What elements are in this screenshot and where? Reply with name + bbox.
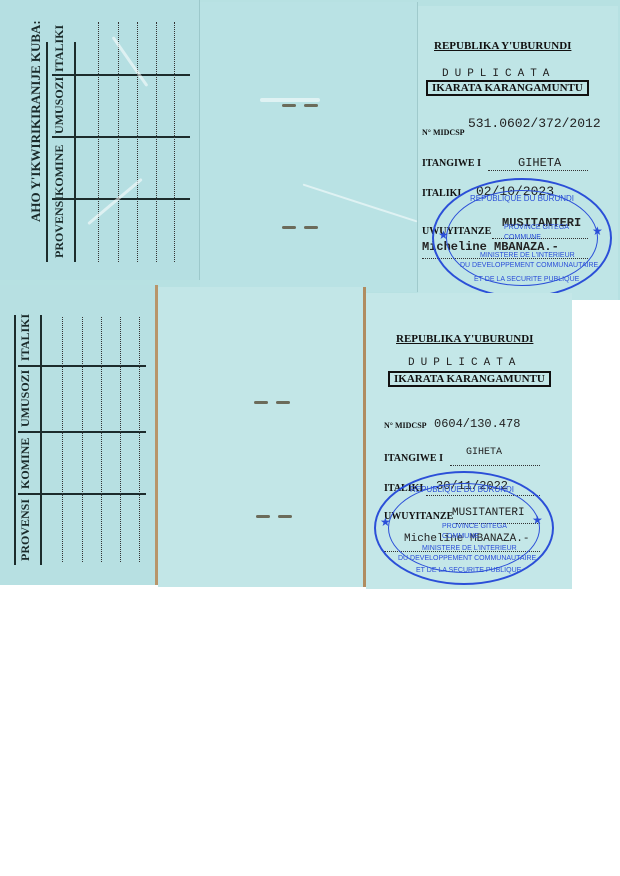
entry-line — [101, 317, 103, 562]
country-header: REPUBLIKA Y'UBURUNDI — [434, 40, 571, 52]
id-card-duplicate-1: AHO Y'IKWIRIKIRANIJE KUBA: PROVENSI KOMI… — [0, 0, 620, 300]
issued-at-value: GIHETA — [518, 156, 561, 170]
stamp-province-text: PROVINCE GITEGA — [504, 224, 569, 231]
column-header-komine: KOMINE — [52, 145, 67, 196]
star-icon: ★ — [380, 515, 391, 530]
table-border — [46, 42, 48, 262]
stamp-commune-text: COMMUNE — [442, 533, 479, 540]
star-icon: ★ — [532, 513, 543, 528]
staple — [278, 515, 292, 518]
entry-line — [62, 317, 64, 562]
id-front-panel: REPUBLIKA Y'UBURUNDI DUPLICATA IKARATA K… — [418, 6, 618, 300]
duplicate-label: DUPLICATA — [408, 357, 521, 369]
issued-at-label: ITANGIWE I — [384, 453, 443, 464]
blank-inner-panel — [200, 2, 418, 292]
stamp-ministry-line-3: ET DE LA SECURITE PUBLIQUE — [416, 567, 521, 574]
card-number-value: 0604/130.478 — [434, 417, 520, 431]
stamp-ministry-line-2: DU DEVELOPPEMENT COMMUNAUTAIRE — [398, 555, 536, 562]
stamp-ministry-line-1: MINISTERE DE L'INTERIEUR — [422, 545, 517, 552]
staple — [282, 226, 296, 229]
staple — [256, 515, 270, 518]
entry-line — [137, 22, 139, 262]
column-header-provensi: PROVENSI — [18, 499, 33, 561]
card-title: IKARATA KARANGAMUNTU — [426, 80, 589, 96]
card-number-value: 531.0602/372/2012 — [468, 116, 601, 131]
issued-at-value: GIHETA — [466, 447, 502, 458]
issued-at-label: ITANGIWE I — [422, 158, 481, 169]
stamp-ministry-line-1: MINISTERE DE L'INTERIEUR — [480, 252, 575, 259]
entry-line — [82, 317, 84, 562]
entry-line — [156, 22, 158, 262]
star-icon: ★ — [592, 224, 603, 239]
column-header-komine: KOMINE — [18, 438, 33, 489]
duplicate-label: DUPLICATA — [442, 68, 555, 80]
star-icon: ★ — [438, 228, 449, 243]
fill-line — [450, 465, 540, 466]
card-title: IKARATA KARANGAMUNTU — [388, 371, 551, 387]
table-border — [14, 315, 16, 565]
column-divider — [52, 136, 190, 138]
column-header-italiki: ITALIKI — [52, 25, 67, 72]
column-header-italiki: ITALIKI — [18, 314, 33, 361]
entry-line — [174, 22, 176, 262]
official-stamp: REPUBLIQUE DU BURUNDI PROVINCE GITEGA CO… — [374, 471, 554, 585]
entry-line — [118, 22, 120, 262]
entry-line — [120, 317, 122, 562]
stamp-commune-text: COMMUNE — [504, 234, 541, 241]
fill-line — [488, 170, 588, 171]
stamp-province-text: PROVINCE GITEGA — [442, 523, 507, 530]
entry-line — [98, 22, 100, 262]
card-number-label: N° MIDCSP — [422, 128, 465, 137]
column-header-umusozi: UMUSOZI — [18, 370, 33, 427]
country-header: REPUBLIKA Y'UBURUNDI — [396, 333, 533, 345]
stamp-ministry-line-3: ET DE LA SECURITE PUBLIQUE — [474, 276, 579, 283]
stamp-top-text: REPUBLIQUE DU BURUNDI — [410, 485, 514, 494]
residence-history-panel: AHO Y'IKWIRIKIRANIJE KUBA: PROVENSI KOMI… — [0, 0, 200, 280]
staple — [304, 104, 318, 107]
residence-history-panel: PROVENSI KOMINE UMUSOZI ITALIKI — [0, 285, 158, 585]
staple — [304, 226, 318, 229]
staple — [254, 401, 268, 404]
column-header-provensi: PROVENSI — [52, 196, 67, 258]
column-divider — [52, 74, 190, 76]
staple — [282, 104, 296, 107]
table-border — [40, 315, 42, 565]
laminate-glare — [303, 184, 418, 223]
staple — [276, 401, 290, 404]
id-front-panel: REPUBLIKA Y'UBURUNDI DUPLICATA IKARATA K… — [366, 293, 572, 589]
blank-inner-panel — [158, 287, 366, 587]
residence-history-title: AHO Y'IKWIRIKIRANIJE KUBA: — [28, 20, 44, 222]
column-header-umusozi: UMUSOZI — [52, 77, 67, 134]
id-card-duplicate-2: PROVENSI KOMINE UMUSOZI ITALIKI REPUBLIK… — [0, 285, 575, 590]
laminate-glare — [260, 98, 320, 102]
stamp-ministry-line-2: DU DEVELOPPEMENT COMMUNAUTAIRE — [460, 262, 598, 269]
stamp-top-text: REPUBLIQUE DU BURUNDI — [470, 194, 574, 203]
residence-history-table: PROVENSI KOMINE UMUSOZI ITALIKI — [4, 305, 154, 565]
card-number-label: N° MIDCSP — [384, 421, 427, 430]
entry-line — [139, 317, 141, 562]
residence-history-table: AHO Y'IKWIRIKIRANIJE KUBA: PROVENSI KOMI… — [28, 37, 193, 262]
official-stamp: REPUBLIQUE DU BURUNDI PROVINCE GITEGA CO… — [432, 178, 612, 298]
